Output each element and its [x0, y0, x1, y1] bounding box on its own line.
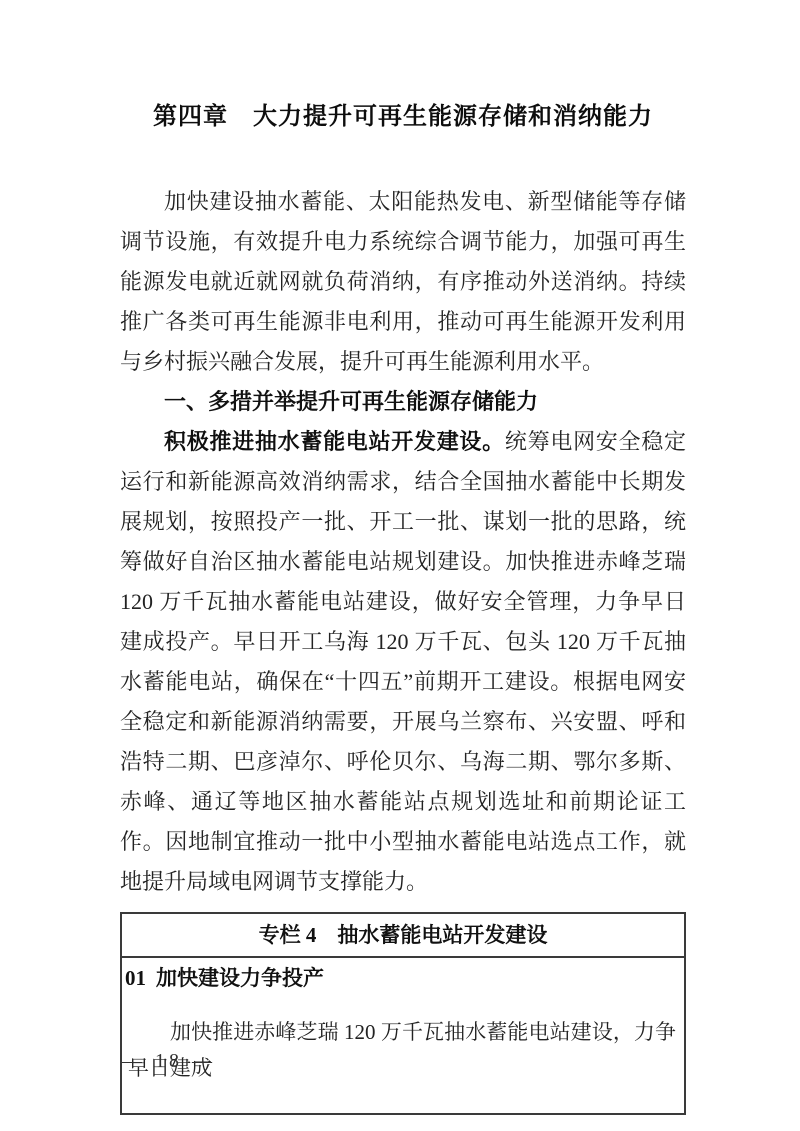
callout-item-heading-row: 01 加快建设力争投产 [122, 958, 684, 993]
callout-item-title: 加快建设力争投产 [156, 963, 324, 993]
callout-item-number: 01 [125, 963, 146, 993]
section-heading: 一、多措并举提升可再生能源存储能力 [120, 382, 686, 422]
chapter-title: 第四章 大力提升可再生能源存储和消纳能力 [120, 100, 686, 134]
paragraph-lead-bold: 积极推进抽水蓄能电站开发建设。 [164, 429, 505, 454]
page-content: 第四章 大力提升可再生能源存储和消纳能力 加快建设抽水蓄能、太阳能热发电、新型储… [120, 0, 686, 1115]
callout-box-title: 专栏 4 抽水蓄能电站开发建设 [122, 914, 684, 958]
page-number: — 18 — [122, 1050, 216, 1073]
document-page: 第四章 大力提升可再生能源存储和消纳能力 加快建设抽水蓄能、太阳能热发电、新型储… [0, 0, 800, 1131]
callout-box-column4: 专栏 4 抽水蓄能电站开发建设 01 加快建设力争投产 加快推进赤峰芝瑞 120… [120, 912, 686, 1115]
paragraph-intro: 加快建设抽水蓄能、太阳能热发电、新型储能等存储调节设施，有效提升电力系统综合调节… [120, 182, 686, 382]
paragraph-pumped-storage: 积极推进抽水蓄能电站开发建设。统筹电网安全稳定运行和新能源高效消纳需求，结合全国… [120, 422, 686, 902]
paragraph-body-text: 统筹电网安全稳定运行和新能源高效消纳需求，结合全国抽水蓄能中长期发展规划，按照投… [120, 429, 686, 894]
